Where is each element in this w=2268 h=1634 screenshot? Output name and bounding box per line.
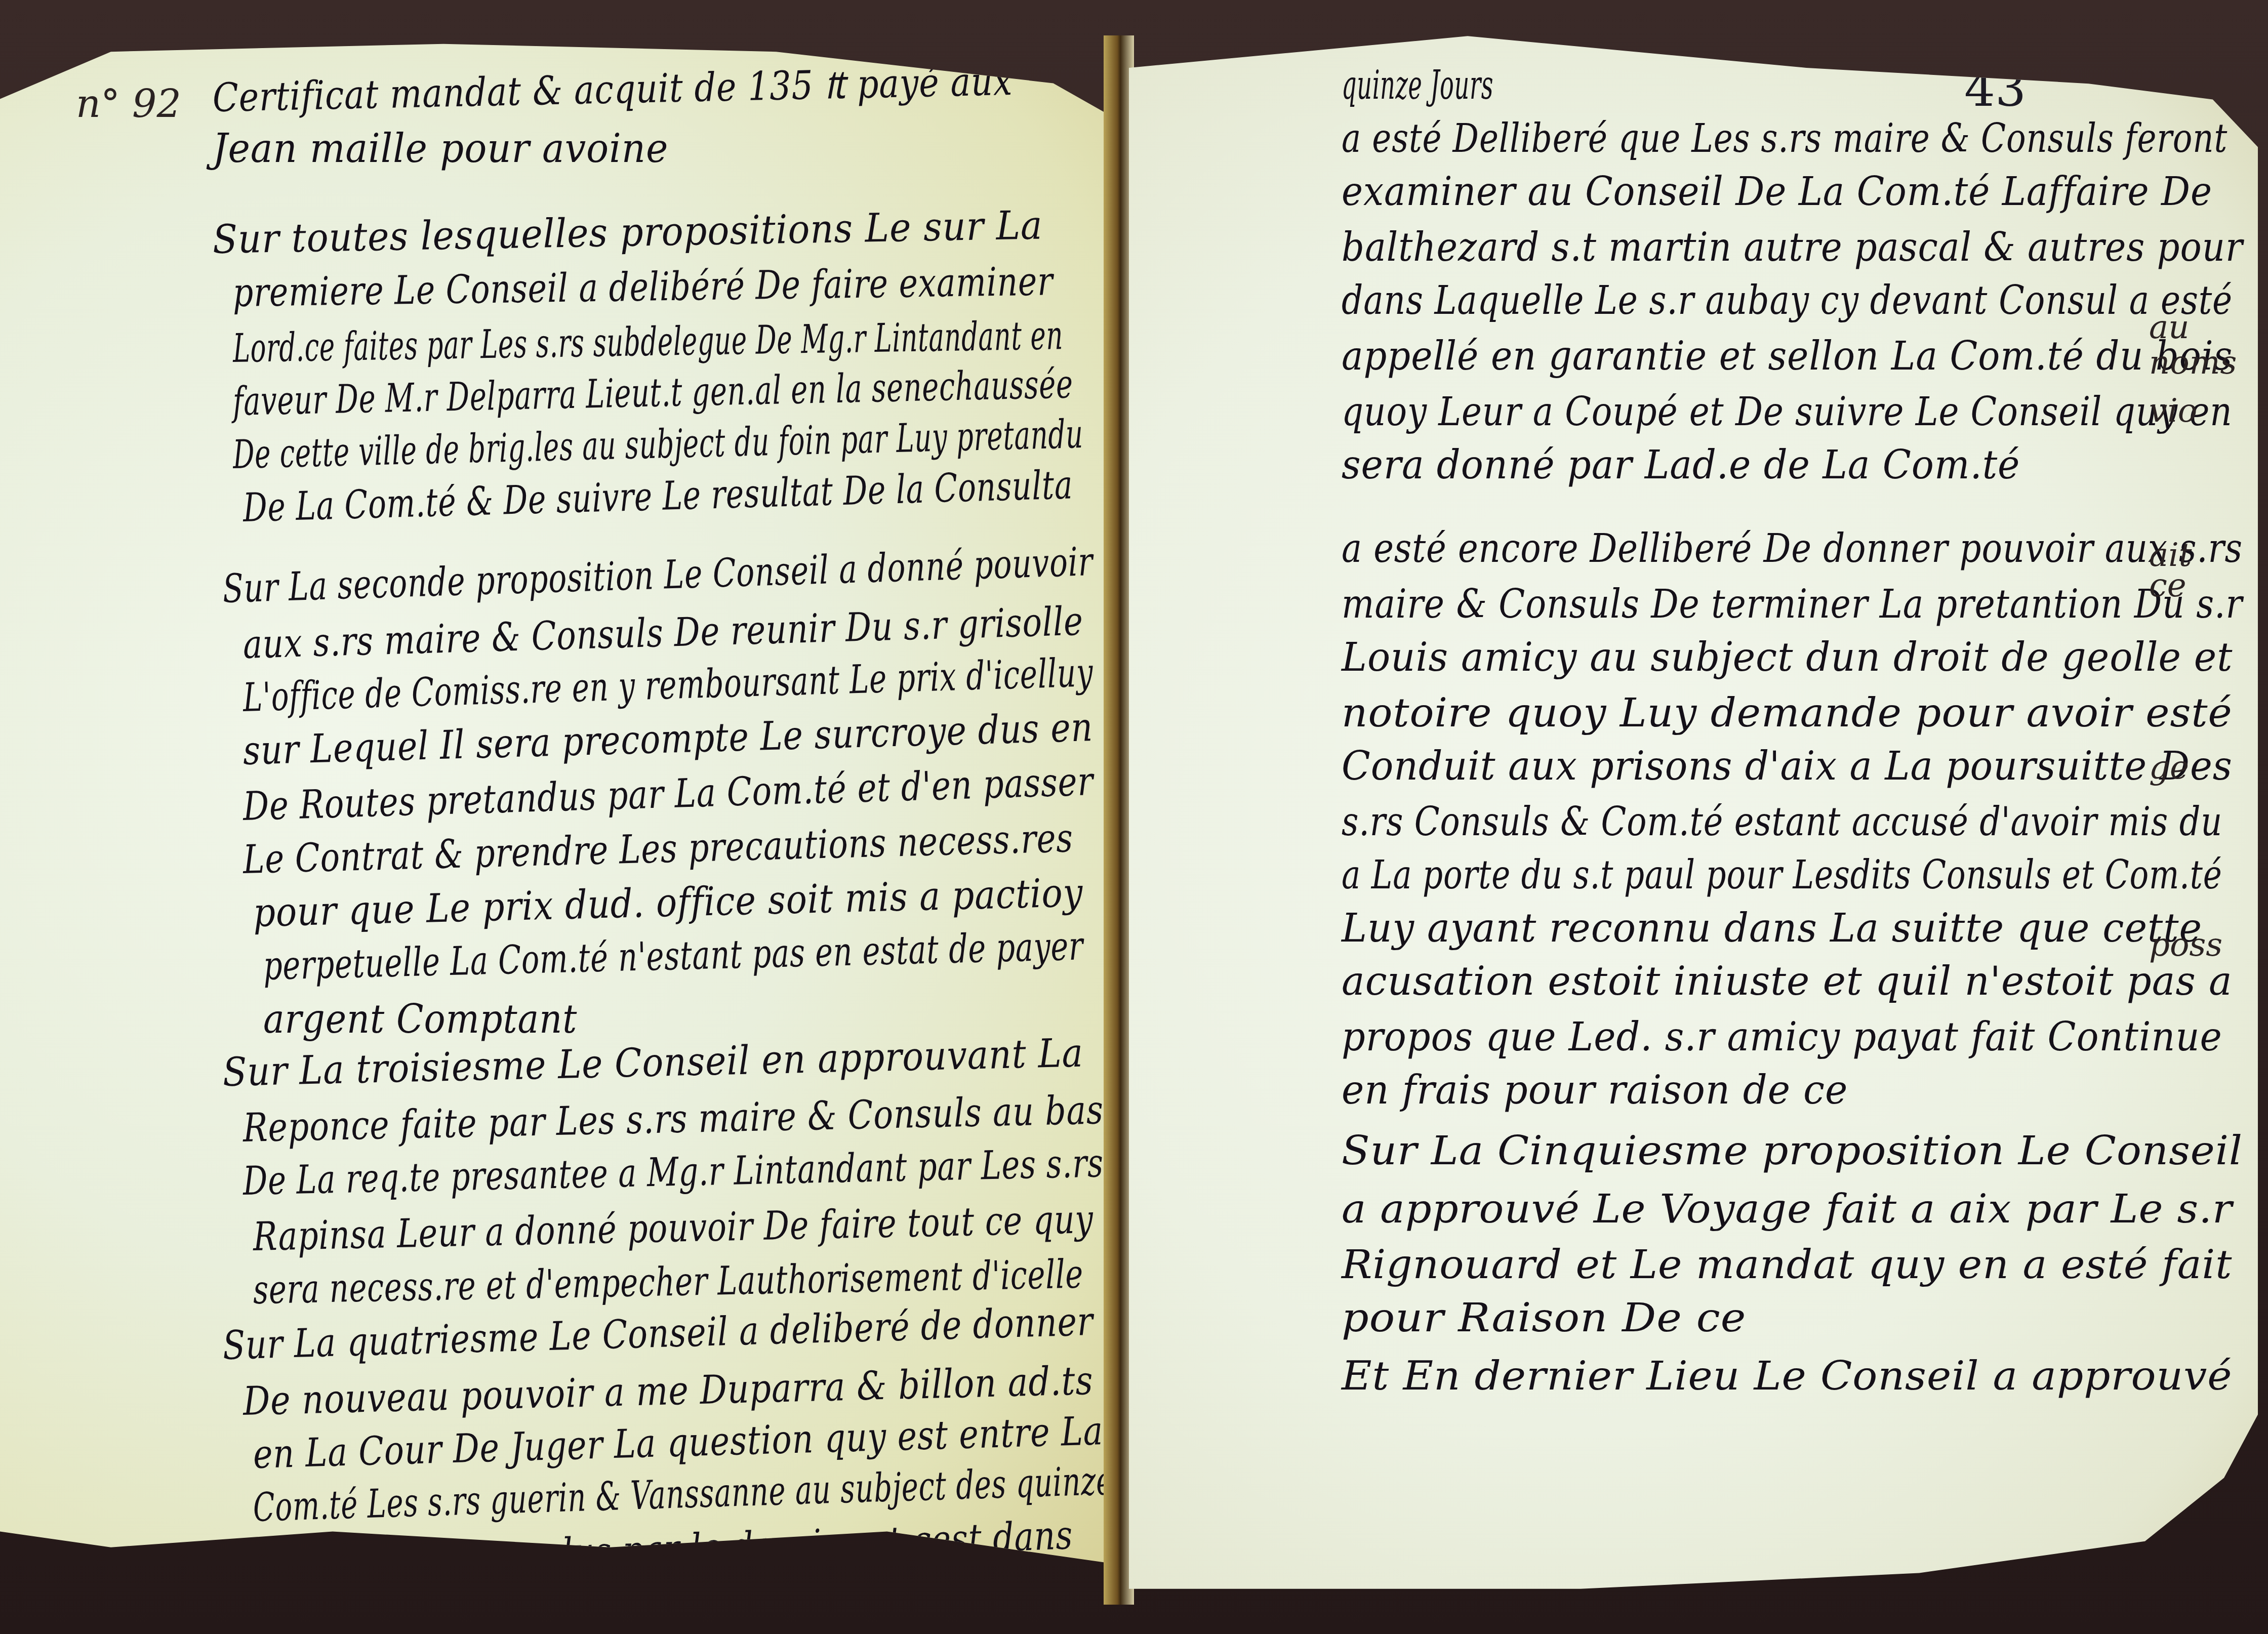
manuscript-line: argent Comptant — [263, 1000, 577, 1039]
manuscript-line: Certificat mandat & acquit de 135 ₶ payé… — [212, 62, 1013, 118]
manuscript-line: Sur La seconde proposition Le Conseil a … — [222, 542, 1093, 609]
manuscript-line: Et En dernier Lieu Le Conseil a approuvé — [1342, 1357, 2233, 1396]
manuscript-line: maire & Consuls De terminer La pretantio… — [1342, 585, 2243, 624]
manuscript-line: sur Lequel Il sera precompte Le surcroye… — [242, 708, 1093, 771]
manuscript-line: quinze Jours — [1342, 66, 1493, 105]
entry-number: n° 92 — [76, 81, 181, 126]
manuscript-line: balthezard s.t martin autre pascal & aut… — [1342, 228, 2243, 267]
manuscript-line: appellé en garantie et sellon La Com.té … — [1342, 337, 2233, 376]
manuscript-line: Reponce faite par Les s.rs maire & Consu… — [242, 1090, 1104, 1148]
manuscript-line: Sur La quatriesme Le Conseil a deliberé … — [222, 1302, 1094, 1366]
manuscript-line: Lord.ce faites par Les s.rs subdelegue D… — [232, 316, 1063, 369]
manuscript-line: propos que Led. s.r amicy payat fait Con… — [1342, 1017, 2222, 1057]
manuscript-line: dans Laquelle Le s.r aubay cy devant Con… — [1342, 281, 2233, 320]
manuscript-line: acusation estoit iniuste et quil n'estoi… — [1342, 962, 2233, 1001]
manuscript-line: Sur toutes lesquelles propositions Le su… — [212, 206, 1043, 260]
manuscript-line: perpetuelle La Com.té n'estant pas en es… — [263, 926, 1084, 986]
manuscript-line: a esté Delliberé que Les s.rs maire & Co… — [1342, 119, 2227, 158]
margin-note: noms — [2149, 344, 2237, 382]
right-page: 43 quinze Joursa esté Delliberé que Les … — [1129, 20, 2258, 1605]
manuscript-line: sera necess.re et d'empecher Lauthorisem… — [253, 1255, 1083, 1310]
manuscript-line: sera donné par Lad.e de La Com.té — [1342, 445, 2020, 485]
manuscript-line: en frais pour raison de ce — [1342, 1071, 1848, 1110]
manuscript-line: quoy Leur a Coupé et De suivre Le Consei… — [1342, 392, 2233, 432]
manuscript-line: Louis amicy au subject dun droit de geol… — [1342, 638, 2233, 677]
manuscript-line: a La porte du s.t paul pour Lesdits Cons… — [1342, 855, 2222, 895]
manuscript-line: Conduit aux prisons d'aix a La poursuitt… — [1342, 747, 2233, 786]
manuscript-line: De La Com.té & De suivre Le resultat De … — [242, 465, 1073, 528]
manuscript-line: pour Raison De ce — [1342, 1298, 1746, 1338]
left-page: n° 92 Certificat mandat & acquit de 135 … — [0, 20, 1109, 1595]
manuscript-line: premiere Le Conseil a delibéré De faire … — [232, 262, 1053, 313]
manuscript-line: Rignouard et Le mandat quy en a esté fai… — [1342, 1245, 2233, 1285]
manuscript-line: Luy ayant reconnu dans La suitte que cet… — [1342, 909, 2202, 948]
manuscript-line: pour que Le prix dud. office soit mis a … — [253, 873, 1083, 933]
margin-note: ge — [2149, 749, 2189, 787]
manuscript-line: a esté encore Delliberé De donner pouvoi… — [1342, 529, 2243, 568]
manuscript-line: Sur La Cinquiesme proposition Le Conseil — [1342, 1131, 2243, 1171]
manuscript-line: s.rs Consuls & Com.té estant accusé d'av… — [1342, 802, 2222, 842]
margin-note: au — [2149, 309, 2189, 346]
manuscript-line: De Routes pretandus par La Com.té et d'e… — [242, 762, 1094, 827]
margin-note: ce — [2149, 567, 2186, 604]
manuscript-line: notoire quoy Luy demande pour avoir esté — [1342, 693, 2233, 733]
manuscript-line: examiner au Conseil De La Com.té Laffair… — [1342, 172, 2212, 212]
margin-note: vio — [2149, 392, 2197, 430]
manuscript-line: De La req.te presantee a Mg.r Lintandant… — [242, 1143, 1104, 1201]
manuscript-line: Le Contrat & prendre Les precautions nec… — [242, 819, 1074, 880]
manuscript-line: faveur De M.r Delparra Lieut.t gen.al en… — [232, 364, 1073, 422]
manuscript-line: Rapinsa Leur a donné pouvoir De faire to… — [253, 1200, 1093, 1257]
margin-note: poss — [2149, 926, 2222, 964]
manuscript-line: a approuvé Le Voyage fait a aix par Le s… — [1342, 1190, 2233, 1229]
manuscript-line: Jean maille pour avoine — [213, 129, 668, 169]
